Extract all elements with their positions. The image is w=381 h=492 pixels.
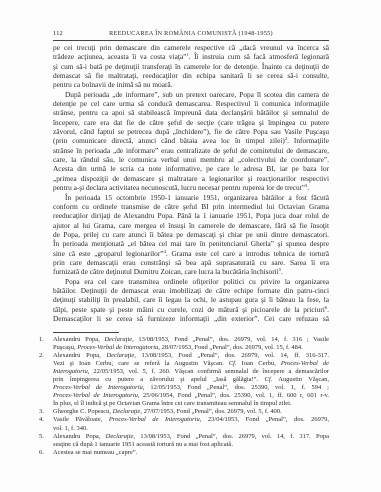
footnote-line: Vasile Păvăloaie, Proces-Verbal de Inter… bbox=[53, 416, 329, 424]
footnote-number: 4. bbox=[39, 416, 44, 424]
text-line: După perioada „de informare”, sub un pre… bbox=[53, 90, 329, 99]
text-line: începere, care era dat fie de către şefu… bbox=[53, 118, 329, 127]
text-line: strânse, pentru ca apoi să stabilească î… bbox=[53, 108, 329, 117]
footnote-line: Vezi şi Ioan Cerbu, care se referă la Au… bbox=[53, 360, 329, 368]
footnote-line: Puşcaşu, Proces-Verbal de Interogatoriu,… bbox=[53, 344, 329, 352]
text-line: strânse în perioada „de informare” erau … bbox=[53, 146, 329, 155]
footnote-line: În plus, el îl indică şi pe Octavian Gra… bbox=[53, 400, 329, 408]
footnote-line: Alexandru Popa, Declaraţie, 13/08/1953, … bbox=[53, 352, 329, 360]
text-line: furnizată de către deţinutul Dumitru Zoi… bbox=[53, 267, 329, 276]
footnote-line: susţine că după 1 ianuarie 1951 această … bbox=[53, 441, 329, 449]
footnote-line: Alexandru Popa, Declaraţie, 13/08/1953, … bbox=[53, 336, 329, 344]
text-line: şi cum să-i bată pe deţinuţii transferaţ… bbox=[53, 62, 329, 71]
text-line: sine că este „groparul legionarilor”4. G… bbox=[53, 249, 329, 258]
text-line: Acesta din urmă le scria ca note informa… bbox=[53, 164, 329, 173]
text-line: care, la rândul său, le comunica verbal … bbox=[53, 155, 329, 164]
text-line: tălpi, peste spate şi peste mâini cu cur… bbox=[53, 305, 329, 314]
footnote-line: prin împingerea cu putere a zăvorului şi… bbox=[53, 376, 329, 384]
footnote-line: Gheorghe C. Popescu, Declaraţie, 27/07/1… bbox=[53, 408, 329, 416]
footnote-line: Interogatoriu, 22/05/1953, vol. 5, f. 26… bbox=[53, 368, 329, 376]
text-line: pe cei trecuţi prin demascare din camere… bbox=[53, 43, 329, 52]
text-line: reeducaţilor dirijaţi de Alexandru Popa.… bbox=[53, 211, 329, 220]
running-header: 112 REEDUCAREA ÎN ROMÂNIA COMUNISTĂ (194… bbox=[53, 30, 329, 41]
paragraph: După perioada „de informare”, sub un pre… bbox=[53, 90, 329, 193]
text-line: conform cu ordinele transmise de către ş… bbox=[53, 202, 329, 211]
footnote-number: 1. bbox=[39, 336, 44, 344]
running-title: REEDUCAREA ÎN ROMÂNIA COMUNISTĂ (1948-19… bbox=[53, 30, 329, 37]
footnote: 2.Alexandru Popa, Declaraţie, 13/08/1953… bbox=[39, 352, 329, 408]
text-line: deţinuţi stabiliţi în prealabil, care îi… bbox=[53, 295, 329, 304]
text-line: Demascaţilor li se cerea să furnizeze in… bbox=[53, 314, 329, 323]
footnotes: 1.Alexandru Popa, Declaraţie, 13/08/1953… bbox=[39, 336, 329, 457]
text-line: bătăilor. Deţinuţii de demascat erau imo… bbox=[53, 286, 329, 295]
text-line: „primea dispoziţii de demascare şi maltr… bbox=[53, 174, 329, 183]
paragraph: Popa era cel care transmitea ordinele of… bbox=[53, 277, 329, 324]
text-line: pentru a-şi declara activitatea necunosc… bbox=[53, 183, 329, 192]
footnote: 5.Alexandru Popa, Declaraţie, 13/08/1953… bbox=[39, 433, 329, 449]
footnote-line: Proces-Verbal de Interogatoriu, 25/06/19… bbox=[53, 392, 329, 400]
footnote: 4.Vasile Păvăloaie, Proces-Verbal de Int… bbox=[39, 416, 329, 432]
footnote-line: Proces-Verbal de Interogatoriu, 12/05/19… bbox=[53, 384, 329, 392]
main-text: pe cei trecuţi prin demascare din camere… bbox=[53, 43, 329, 323]
text-line: Popa era cel care transmitea ordinele of… bbox=[53, 277, 329, 286]
footnote: 3.Gheorghe C. Popescu, Declaraţie, 27/07… bbox=[39, 408, 329, 416]
text-line: demascat să fie maltrataţi, reeducaţilor… bbox=[53, 71, 329, 80]
text-line: zăvorul, când faptul se petrecea după „î… bbox=[53, 127, 329, 136]
book-page: 112 REEDUCAREA ÎN ROMÂNIA COMUNISTĂ (194… bbox=[0, 0, 381, 492]
text-line: detenţie pe cel care urma să conducă dem… bbox=[53, 99, 329, 108]
footnote-ref[interactable]: 3 bbox=[305, 183, 307, 188]
footnote-line: Acestea se mai numeau „capre”. bbox=[53, 449, 329, 457]
footnote-number: 2. bbox=[39, 352, 44, 360]
footnote-number: 5. bbox=[39, 433, 44, 441]
paragraph: În perioada 15 octombrie 1950-1 ianuarie… bbox=[53, 193, 329, 277]
text-line: În perioada menţionată „el bătea cel mai… bbox=[53, 239, 329, 248]
text-line: de Popa, prilej cu care atunci îi bătea … bbox=[53, 230, 329, 239]
footnote-number: 3. bbox=[39, 408, 44, 416]
text-line: prin care demascaţii erau constrânşi să … bbox=[53, 258, 329, 267]
text-line: În perioada 15 octombrie 1950-1 ianuarie… bbox=[53, 193, 329, 202]
footnote: 6.Acestea se mai numeau „capre”. bbox=[39, 449, 329, 457]
text-line: trădeze acţiunea, aceasta îi va costa vi… bbox=[53, 52, 329, 61]
text-line: ajutor al lui Grama, care mergea el însu… bbox=[53, 221, 329, 230]
footnote-line: vol. 1, f. 340. bbox=[53, 425, 329, 433]
footnote: 1.Alexandru Popa, Declaraţie, 13/08/1953… bbox=[39, 336, 329, 352]
text-line: pentru ca bolnavii de inimă să nu moară. bbox=[53, 80, 329, 89]
text-line: (prin comunicare directă, atunci când bă… bbox=[53, 136, 329, 145]
paragraph: pe cei trecuţi prin demascare din camere… bbox=[53, 43, 329, 90]
footnote-line: Alexandru Popa, Declaraţie, 13/08/1953, … bbox=[53, 433, 329, 441]
footnote-number: 6. bbox=[39, 449, 44, 457]
footnote-divider bbox=[53, 332, 119, 333]
